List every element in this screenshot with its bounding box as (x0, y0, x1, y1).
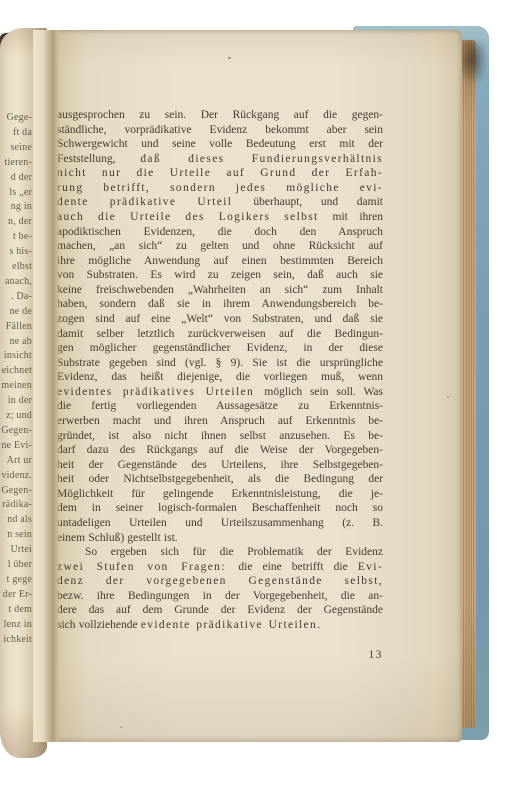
left-page-fragment: ne Evi- (1, 440, 32, 452)
left-page-fragment: Gegen- (1, 425, 32, 437)
text-line: Schwergewicht und seine volle Bedeutung … (57, 137, 383, 152)
text-segment: keine freischwebenden „Wahrheiten an sic… (57, 284, 383, 296)
text-segment: dem in seiner logisch-formalen Beschaffe… (57, 502, 383, 514)
text-line: bezw. ihre Bedingungen in der Vorgegeben… (57, 589, 383, 604)
text-line: Feststellung, daß dieses Fundierungsverh… (57, 152, 383, 167)
text-segment: möglich sein soll. Was (264, 386, 383, 398)
text-line: So ergeben sich für die Problematik der … (57, 545, 383, 560)
text-segment: machen, „an sich“ zu gelten und ohne Rüc… (57, 240, 383, 252)
text-line: darf dazu des Rückgangs auf die Weise de… (57, 443, 383, 458)
left-page-fragment: t be- (13, 231, 32, 243)
text-segment: ständliche, vorprädikative Evidenz bekom… (57, 124, 383, 136)
text-segment: auch die Urteile des Logikers selbst (57, 211, 333, 223)
text-segment: So ergeben sich für die Problematik der … (85, 546, 383, 558)
text-segment: ausgesprochen zu sein. Der Rückgang auf … (57, 109, 383, 121)
text-line: machen, „an sich“ zu gelten und ohne Rüc… (57, 239, 383, 254)
left-page-fragment: Gegen- (1, 485, 32, 497)
text-segment: Schwergewicht und seine volle Bedeutung … (57, 138, 383, 150)
left-page-fragment: lenz in (4, 619, 32, 631)
left-page-fragment: seine (10, 142, 32, 154)
text-line: zogen sind auf eine „Welt“ von Substrate… (57, 312, 383, 327)
text-line: untadeligen Urteilen und Urteilszusammen… (57, 516, 383, 531)
text-segment: darf dazu des Rückgangs auf die Weise de… (57, 444, 383, 456)
left-page-fragment: nd als (7, 514, 32, 526)
text-line: dente prädikative Urteil überhaupt, und … (57, 195, 383, 210)
page-text: ausgesprochen zu sein. Der Rückgang auf … (44, 30, 462, 742)
left-page-fragment: videnz. (1, 470, 32, 482)
text-segment: dere das auf dem Grunde der Evidenz der … (57, 604, 383, 616)
text-segment: einem Schluß) gestellt ist. (57, 532, 178, 544)
book-photo: ausgesprochen zu sein. Der Rückgang auf … (0, 0, 518, 790)
text-segment: nicht nur die Urteile auf Grund der Erfa… (57, 167, 383, 179)
left-page-fragment: meinen (1, 380, 32, 392)
left-page-fragment: n sein (7, 529, 32, 541)
left-page-fragment: t dem (9, 604, 33, 616)
text-segment: haben, sondern daß sie in ihrem Anwendun… (57, 298, 383, 310)
text-line: apodiktischen Evidenzen, die doch den An… (57, 225, 383, 240)
text-line: keine freischwebenden „Wahrheiten an sic… (57, 283, 383, 298)
text-line: Substrate gegeben sind (vgl. § 9). Sie i… (57, 356, 383, 371)
text-line: ihre mögliche Anwendung auf einen bestim… (57, 254, 383, 269)
left-page-fragment: ng in (11, 201, 32, 213)
text-segment: sich vollziehende (57, 619, 141, 631)
text-segment: heit oder Nichtselbstgegebenheit, als di… (57, 473, 383, 485)
text-line: Evidenz, das heißt diejenige, die vorlie… (57, 370, 383, 385)
left-page-fragment: ne ab (10, 336, 32, 348)
text-segment: Feststellung, (57, 153, 140, 165)
paper-speck (228, 57, 231, 59)
left-page-fragment: . Da- (11, 291, 32, 303)
text-segment: rung betrifft, sondern jedes mögliche ev… (57, 182, 383, 194)
text-line: erwerben macht und ihren Anspruch auf Er… (57, 414, 383, 429)
text-line: ausgesprochen zu sein. Der Rückgang auf … (57, 108, 383, 123)
text-line: heit oder Nichtselbstgegebenheit, als di… (57, 472, 383, 487)
text-segment: mit ihren (333, 211, 383, 223)
left-page-fragment: eichnet (2, 365, 32, 377)
paper-speck (447, 396, 449, 398)
text-segment: apodiktischen Evidenzen, die doch den An… (57, 226, 383, 238)
text-line: gründet, ist also nicht ihnen selbst anz… (57, 429, 383, 444)
paper-speck (120, 726, 123, 728)
left-page-fragment: elbst (12, 261, 32, 273)
text-line: dere das auf dem Grunde der Evidenz der … (57, 603, 383, 618)
text-line: auch die Urteile des Logikers selbst mit… (57, 210, 383, 225)
text-segment: zogen sind auf eine „Welt“ von Substrate… (57, 313, 383, 325)
text-line: denz der vorgegebenen Gegenstände selbst… (57, 574, 383, 589)
text-line: einem Schluß) gestellt ist. (57, 531, 383, 546)
text-line: Möglichkeit für gelingende Erkenntnislei… (57, 487, 383, 502)
text-line: nicht nur die Urteile auf Grund der Erfa… (57, 166, 383, 181)
text-line: evidentes prädikatives Urteilen möglich … (57, 385, 383, 400)
text-segment: ihre mögliche Anwendung auf einen bestim… (57, 255, 383, 267)
text-line: sich vollziehende evidente prädikative U… (57, 618, 383, 633)
left-page-fragment: tieren- (5, 157, 33, 169)
text-segment: heit der Gegenstände des Urteilens, ihre… (57, 459, 383, 471)
text-line: dem in seiner logisch-formalen Beschaffe… (57, 501, 383, 516)
corner-shadow (460, 42, 488, 86)
left-page-fragment: d der (11, 172, 32, 184)
text-line: zwei Stufen von Fragen: die eine betriff… (57, 560, 383, 575)
text-segment: damit selber letztlich zurückverweisen a… (57, 328, 383, 340)
text-segment: Möglichkeit für gelingende Erkenntnislei… (57, 488, 383, 500)
text-line: gen möglicher gegenständlicher Evidenz, … (57, 341, 383, 356)
left-page-fragment: rädika- (2, 499, 32, 511)
text-segment: erwerben macht und ihren Anspruch auf Er… (57, 415, 383, 427)
left-page-fragment: n, der (8, 216, 32, 228)
text-line: rung betrifft, sondern jedes mögliche ev… (57, 181, 383, 196)
text-line: die fertig vorliegenden Aussagesätze zu … (57, 399, 383, 414)
text-segment: gen möglicher gegenständlicher Evidenz, … (57, 342, 383, 354)
left-page-fragment: l über (8, 559, 32, 571)
book-page: ausgesprochen zu sein. Der Rückgang auf … (44, 30, 462, 742)
text-segment: die eine betrifft die (238, 561, 357, 573)
left-page-fragment: ichkeit (3, 634, 32, 646)
text-segment: von Substraten. Es wird zu zeigen sein, … (57, 269, 383, 281)
text-line: ständliche, vorprädikative Evidenz bekom… (57, 123, 383, 138)
left-page-fragment: insicht (4, 350, 32, 362)
text-segment: evidente prädikative Urteilen. (141, 619, 321, 631)
text-segment: daß dieses Fundierungsverhältnis (140, 153, 383, 165)
left-page-fragment: ft da (13, 127, 32, 139)
text-line: heit der Gegenstände des Urteilens, ihre… (57, 458, 383, 473)
left-page-fragment: z; und (6, 410, 32, 422)
text-segment: gründet, ist also nicht ihnen selbst anz… (57, 430, 383, 442)
left-page-fragment: Art ur (7, 455, 32, 467)
left-page-fragment: ne de (10, 306, 32, 318)
text-segment: dente prädikative Urteil (57, 196, 253, 208)
text-segment: überhaupt, und damit (253, 196, 383, 208)
left-page-fragment: Gege- (7, 112, 32, 124)
left-page-fragment: in der (8, 395, 32, 407)
text-segment: zwei Stufen von Fragen: (57, 561, 238, 573)
text-segment: die fertig vorliegenden Aussagesätze zu … (57, 400, 383, 412)
text-segment: Evidenz, das heißt diejenige, die vorlie… (57, 371, 383, 383)
text-segment: evidentes prädikatives Urteilen (57, 386, 264, 398)
text-segment: denz der vorgegebenen Gegenstände selbst… (57, 575, 383, 587)
left-page-fragment: t gege (7, 574, 32, 586)
left-page-fragment: anach, (5, 276, 32, 288)
left-page-fragment: s his- (9, 246, 32, 258)
text-line: von Substraten. Es wird zu zeigen sein, … (57, 268, 383, 283)
left-page-fragment: Fällen (6, 321, 32, 333)
text-segment: Evi- (358, 561, 383, 573)
left-page-fragment: Urtei (10, 544, 32, 556)
left-page-fragment: ls „er (9, 187, 32, 199)
gutter-fold (33, 30, 60, 742)
text-segment: bezw. ihre Bedingungen in der Vorgegeben… (57, 590, 383, 602)
text-line: haben, sondern daß sie in ihrem Anwendun… (57, 297, 383, 312)
text-line: damit selber letztlich zurückverweisen a… (57, 327, 383, 342)
text-segment: untadeligen Urteilen und Urteilszusammen… (57, 517, 383, 529)
left-page-fragment: der Er- (3, 589, 32, 601)
text-segment: Substrate gegeben sind (vgl. § 9). Sie i… (57, 357, 383, 369)
left-page-fragments: Gege-ft daseinetieren-d derls „erng inn,… (0, 0, 34, 790)
